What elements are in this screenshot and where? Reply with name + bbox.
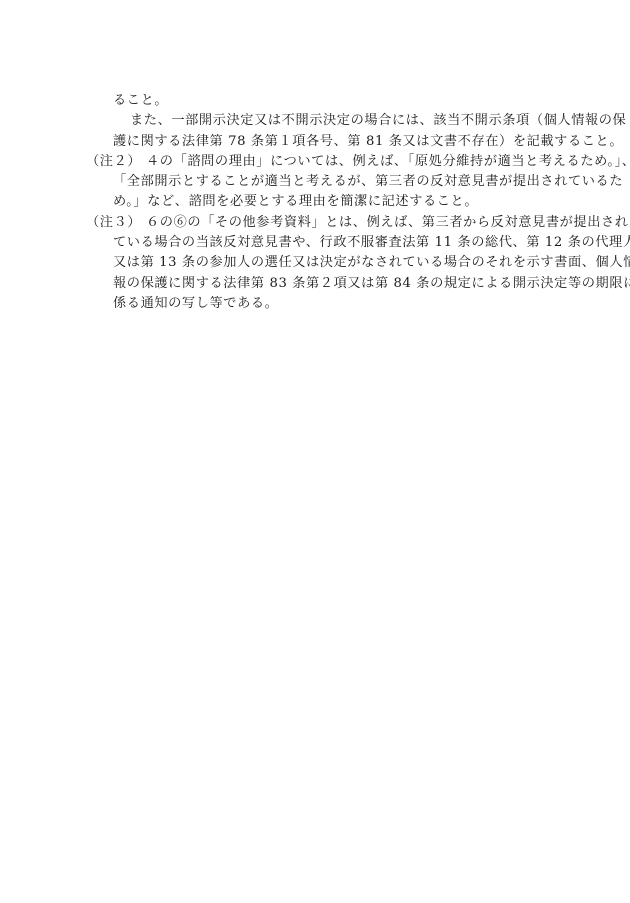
note-label: （注２） (86, 152, 146, 172)
text-line: ている場合の当該反対意見書や、行政不服審査法第 11 条の総代、第 12 条の代… (86, 233, 556, 253)
note-first-line: （注２）４の「諮問の理由」については、例えば、「原処分維持が適当と考えるため。」… (86, 152, 556, 172)
text-line: 報の保護に関する法律第 83 条第２項又は第 84 条の規定による開示決定等の期… (86, 274, 556, 294)
document-page: ること。 また、一部開示決定又は不開示決定の場合には、該当不開示条項（個人情報の… (0, 0, 630, 903)
text-line: 護に関する法律第 78 条第１項各号、第 81 条又は文書不存在）を記載すること… (86, 132, 556, 152)
note-2: （注２）４の「諮問の理由」については、例えば、「原処分維持が適当と考えるため。」… (86, 152, 556, 213)
text-line: め。」など、諮問を必要とする理由を簡潔に記述すること。 (86, 192, 556, 212)
text-line: 又は第 13 条の参加人の選任又は決定がなされている場合のそれを示す書面、個人情 (86, 253, 556, 273)
document-body: ること。 また、一部開示決定又は不開示決定の場合には、該当不開示条項（個人情報の… (86, 91, 556, 314)
text-line: 「全部開示とすることが適当と考えるが、第三者の反対意見書が提出されているた (86, 172, 556, 192)
text-line: ６の⑥の「その他参考資料」とは、例えば、第三者から反対意見書が提出され (146, 215, 629, 230)
text-line: ること。 (86, 91, 556, 111)
text-line: また、一部開示決定又は不開示決定の場合には、該当不開示条項（個人情報の保 (86, 111, 556, 131)
note-label: （注３） (86, 213, 146, 233)
text-line: 係る通知の写し等である。 (86, 294, 556, 314)
continuation-section: ること。 また、一部開示決定又は不開示決定の場合には、該当不開示条項（個人情報の… (86, 91, 556, 152)
note-3: （注３）６の⑥の「その他参考資料」とは、例えば、第三者から反対意見書が提出され … (86, 213, 556, 314)
text-line: ４の「諮問の理由」については、例えば、「原処分維持が適当と考えるため。」、 (146, 154, 630, 169)
note-first-line: （注３）６の⑥の「その他参考資料」とは、例えば、第三者から反対意見書が提出され (86, 213, 556, 233)
